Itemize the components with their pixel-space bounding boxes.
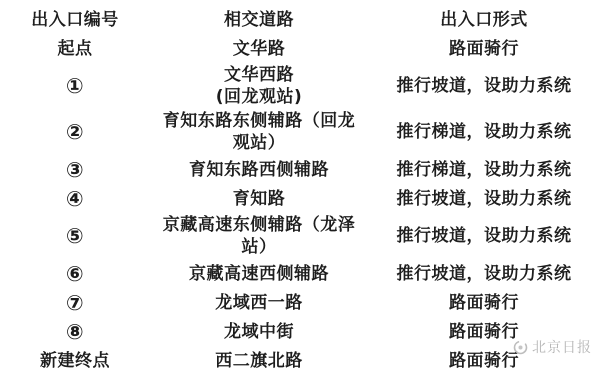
entrance-form: 推行坡道，设助力系统 xyxy=(368,75,600,97)
intersecting-road: 京藏高速西侧辅路 xyxy=(150,263,368,285)
entrance-id: ⑧ xyxy=(0,321,150,343)
entrance-id: ② xyxy=(0,121,150,143)
table-row: 起点 文华路 路面骑行 xyxy=(0,34,600,63)
entrance-id: ③ xyxy=(0,159,150,181)
watermark: 北京日报 xyxy=(513,337,592,357)
table-header-row: 出入口编号 相交道路 出入口形式 xyxy=(0,5,600,34)
intersecting-road: 京藏高速东侧辅路（龙泽 站） xyxy=(150,214,368,258)
beijing-daily-logo-icon xyxy=(513,340,528,355)
intersecting-road: 龙域中街 xyxy=(150,321,368,343)
intersecting-road: 西二旗北路 xyxy=(150,350,368,372)
entrance-id: ⑥ xyxy=(0,263,150,285)
header-intersecting-road: 相交道路 xyxy=(150,9,368,31)
entrance-form: 推行梯道，设助力系统 xyxy=(368,159,600,181)
entrance-form: 路面骑行 xyxy=(368,292,600,314)
entrance-id: ⑦ xyxy=(0,292,150,314)
entrance-id: ⑤ xyxy=(0,225,150,247)
entrance-form: 推行坡道，设助力系统 xyxy=(368,188,600,210)
intersecting-road: 育知东路东侧辅路（回龙 观站） xyxy=(150,110,368,154)
table-body: 起点 文华路 路面骑行 ① 文华西路 (回龙观站) 推行坡道，设助力系统 ② 育… xyxy=(0,34,600,374)
entrance-id: 起点 xyxy=(0,38,150,60)
entrance-form: 推行坡道，设助力系统 xyxy=(368,225,600,247)
entrance-id: ① xyxy=(0,75,150,97)
table-page: 出入口编号 相交道路 出入口形式 起点 文华路 路面骑行 ① 文华西路 (回龙观… xyxy=(0,0,600,374)
table-row: ⑤ 京藏高速东侧辅路（龙泽 站） 推行坡道，设助力系统 xyxy=(0,213,600,259)
table-row: ① 文华西路 (回龙观站) 推行坡道，设助力系统 xyxy=(0,63,600,109)
table-row: ⑧ 龙域中街 路面骑行 xyxy=(0,317,600,346)
table-row: ② 育知东路东侧辅路（回龙 观站） 推行梯道，设助力系统 xyxy=(0,109,600,155)
watermark-source: 北京日报 xyxy=(532,337,592,357)
intersecting-road: 育知路 xyxy=(150,188,368,210)
intersecting-road: 文华西路 (回龙观站) xyxy=(150,64,368,108)
table-row: ④ 育知路 推行坡道，设助力系统 xyxy=(0,184,600,213)
table-row: ⑦ 龙域西一路 路面骑行 xyxy=(0,288,600,317)
intersecting-road: 育知东路西侧辅路 xyxy=(150,159,368,181)
entrance-id: 新建终点 xyxy=(0,350,150,372)
table-row: ⑥ 京藏高速西侧辅路 推行坡道，设助力系统 xyxy=(0,259,600,288)
header-entrance-form: 出入口形式 xyxy=(368,9,600,31)
entrance-id: ④ xyxy=(0,188,150,210)
entrance-form: 推行梯道，设助力系统 xyxy=(368,121,600,143)
intersecting-road: 文华路 xyxy=(150,38,368,60)
entrance-form: 推行坡道，设助力系统 xyxy=(368,263,600,285)
entrance-form: 路面骑行 xyxy=(368,38,600,60)
intersecting-road: 龙域西一路 xyxy=(150,292,368,314)
header-entrance-id: 出入口编号 xyxy=(0,9,150,31)
entrance-table: 出入口编号 相交道路 出入口形式 起点 文华路 路面骑行 ① 文华西路 (回龙观… xyxy=(0,0,600,374)
table-row: 新建终点 西二旗北路 路面骑行 xyxy=(0,346,600,374)
table-row: ③ 育知东路西侧辅路 推行梯道，设助力系统 xyxy=(0,155,600,184)
